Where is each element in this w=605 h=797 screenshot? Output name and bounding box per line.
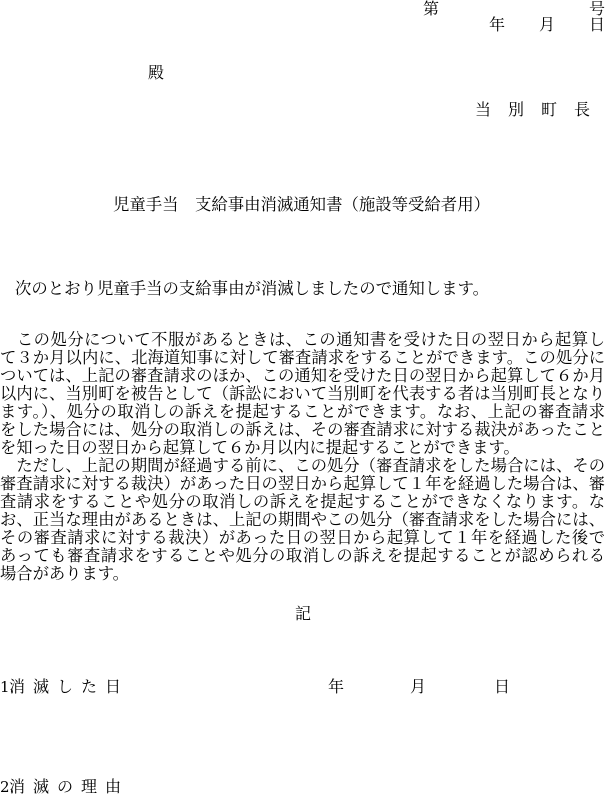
issue-date-year: 年 xyxy=(489,16,505,34)
body-line: ただし、上記の期間が経過する前に、この処分（審査請求をした場合には、その xyxy=(0,457,605,475)
body-line: 審査請求に対する裁決）があった日の翌日から起算して１年を経過した場合は、審 xyxy=(0,475,605,493)
document-number-prefix: 第 xyxy=(423,0,439,18)
item-label: 消滅した日 xyxy=(9,678,129,696)
body-line: をした場合には、処分の取消しの訴えは、その審査請求に対する裁決があったこと xyxy=(0,421,605,439)
appeal-notice-body: この処分について不服があるときは、この通知書を受けた日の翌日から起算し て３か月… xyxy=(0,331,605,583)
body-line: あっても審査請求をすることや処分の取消しの訴えを提起することが認められる xyxy=(0,547,605,565)
issue-date-month: 月 xyxy=(539,16,555,34)
addressee-honorific: 殿 xyxy=(148,64,164,82)
body-line: て３か月以内に、北海道知事に対して審査請求をすることができます。この処分に xyxy=(0,349,605,367)
intro-text: 次のとおり児童手当の支給事由が消滅しましたので通知します。 xyxy=(15,280,489,298)
body-line: 以内に、当別町を被告として（訴訟において当別町を代表する者は当別町長となり xyxy=(0,385,605,403)
body-line: ついては、上記の審査請求のほか、この通知を受けた日の翌日から起算して６か月 xyxy=(0,367,605,385)
body-line: この処分について不服があるときは、この通知書を受けた日の翌日から起算し xyxy=(0,331,605,349)
item-label: 消滅の理由 xyxy=(9,778,129,796)
body-line: 査請求をすることや処分の取消しの訴えを提起することができなくなります。な xyxy=(0,493,605,511)
body-line: ます。）、処分の取消しの訴えを提起することができます。なお、上記の審査請求 xyxy=(0,403,605,421)
document-title: 児童手当 支給事由消滅通知書（施設等受給者用） xyxy=(113,196,490,214)
extinction-date-month: 月 xyxy=(410,678,426,696)
body-line: 場合があります。 xyxy=(0,565,605,583)
body-line: その審査請求に対する裁決）があった日の翌日から起算して１年を経過した後で xyxy=(0,529,605,547)
issuer-name: 当別町長 xyxy=(475,101,605,119)
issue-date-day: 日 xyxy=(589,16,605,34)
extinction-date-year: 年 xyxy=(328,678,344,696)
body-line: お、正当な理由があるときは、上記の期間やこの処分（審査請求をした場合には、 xyxy=(0,511,605,529)
extinction-date-day: 日 xyxy=(494,678,510,696)
record-marker: 記 xyxy=(295,605,311,623)
body-line: を知った日の翌日から起算して６か月以内に提起することができます。 xyxy=(0,439,605,457)
